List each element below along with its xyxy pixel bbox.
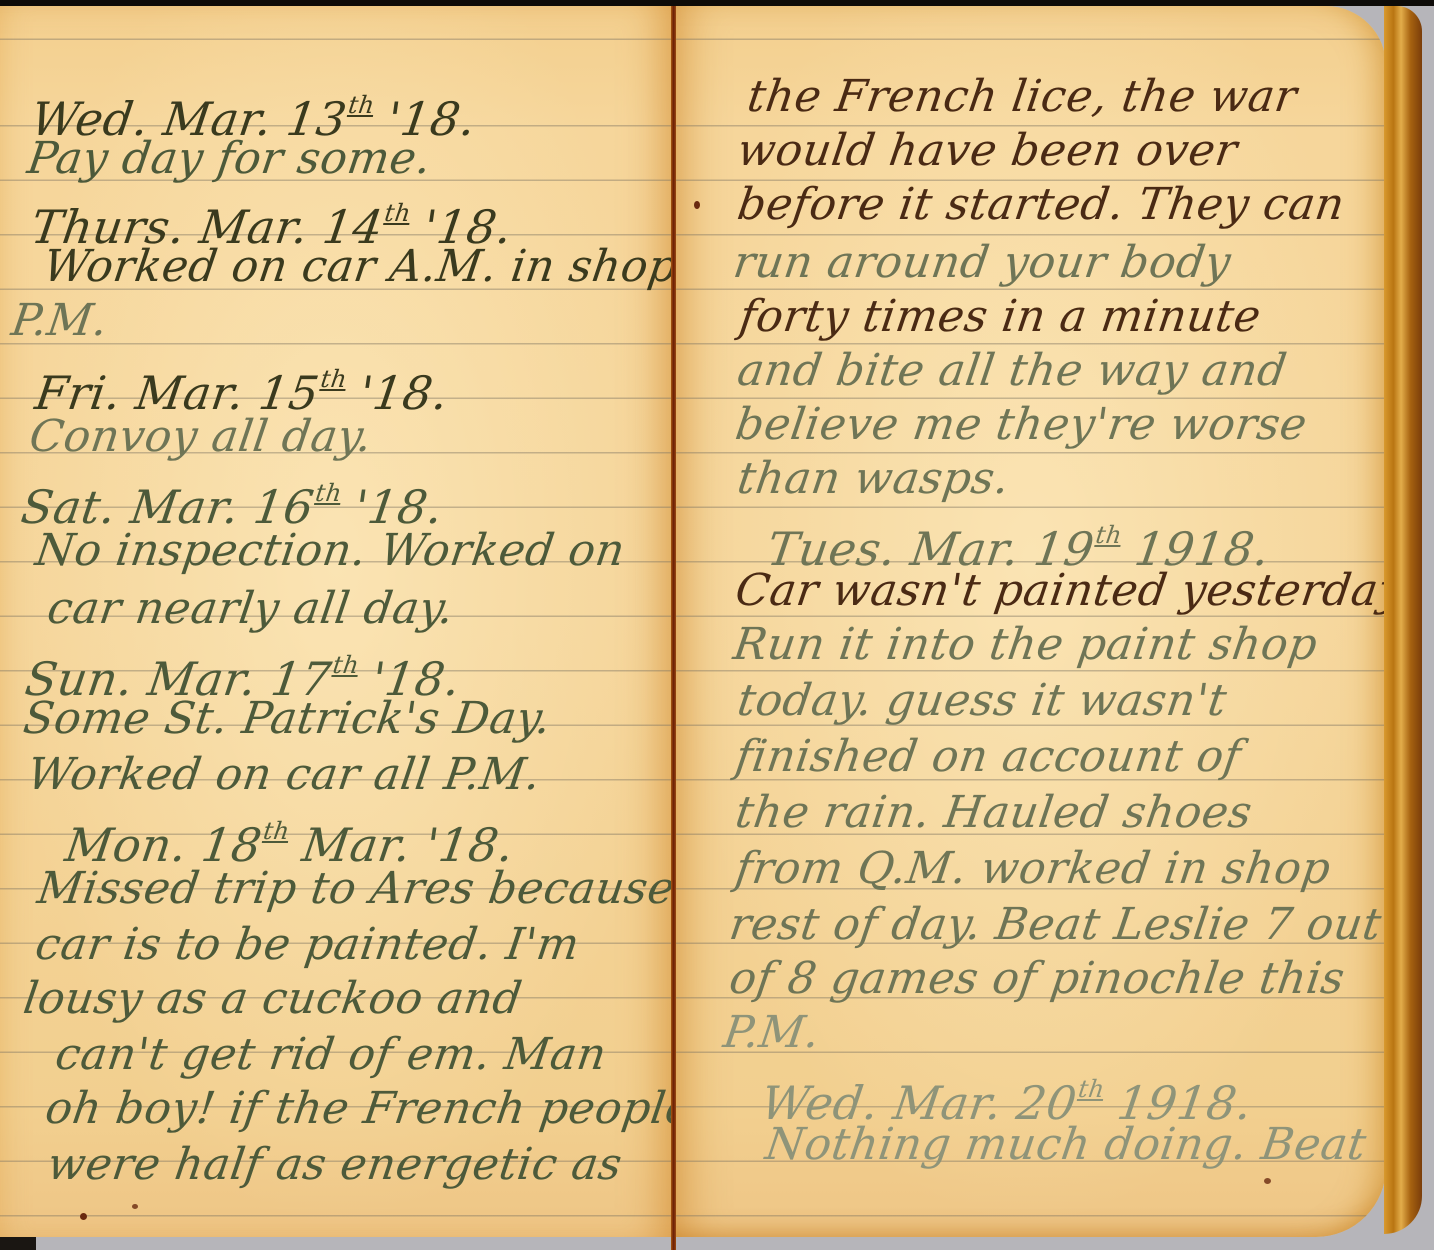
entry-line: than wasps. xyxy=(734,452,1013,506)
date-suffix: th xyxy=(314,479,344,507)
entry-line: No inspection. Worked on xyxy=(32,524,628,578)
entry-line: Pay day for some. xyxy=(24,132,435,186)
date-suffix: th xyxy=(346,91,376,119)
entry-line: car nearly all day. xyxy=(44,582,457,636)
entry-line: of 8 games of pinochle this xyxy=(726,952,1348,1006)
ink-blot xyxy=(132,1204,138,1209)
date-suffix: th xyxy=(261,817,291,845)
entry-line: Run it into the paint shop xyxy=(730,618,1321,672)
page-edges xyxy=(1384,6,1422,1234)
entry-line: before it started. They can xyxy=(734,178,1348,232)
date-suffix: th xyxy=(1076,1075,1106,1103)
entry-line: can't get rid of em. Man xyxy=(52,1028,610,1082)
entry-line: lousy as a cuckoo and xyxy=(20,972,525,1026)
entry-line: finished on account of xyxy=(732,730,1244,784)
entry-line: believe me they're worse xyxy=(732,398,1310,452)
entry-line: forty times in a minute xyxy=(736,290,1264,344)
entry-line: Nothing much doing. Beat xyxy=(762,1118,1370,1172)
entry-line: P.M. xyxy=(720,1006,823,1060)
entry-line: P.M. xyxy=(8,294,111,348)
entry-line: Convoy all day. xyxy=(26,410,376,464)
entry-line: Worked on car all P.M. xyxy=(24,748,544,802)
entry-line: Worked on car A.M. in shop xyxy=(40,240,672,294)
entry-line: car is to be painted. I'm xyxy=(32,918,583,972)
entry-line: the French lice, the war xyxy=(744,70,1300,124)
entry-line: today. guess it wasn't xyxy=(734,674,1230,728)
entry-line: from Q.M. worked in shop xyxy=(732,842,1334,896)
entry-line: and bite all the way and xyxy=(734,344,1290,398)
ink-blot xyxy=(80,1213,87,1220)
entry-line: Some St. Patrick's Day. xyxy=(20,692,554,746)
scan-corner-shadow xyxy=(0,1237,36,1250)
entry-line: the rain. Hauled shoes xyxy=(732,786,1256,840)
entry-line: were half as energetic as xyxy=(44,1138,625,1192)
entry-line: run around your body xyxy=(730,236,1234,290)
diary-scan: Wed. Mar. 13th '18. Pay day for some. Th… xyxy=(0,0,1434,1250)
ink-blot xyxy=(694,201,700,209)
left-page: Wed. Mar. 13th '18. Pay day for some. Th… xyxy=(0,6,672,1237)
entry-line: rest of day. Beat Leslie 7 out xyxy=(726,898,1385,952)
right-page: the French lice, the war would have been… xyxy=(676,6,1386,1237)
entry-line: Missed trip to Ares because xyxy=(34,862,672,916)
entry-line: oh boy! if the French people xyxy=(42,1082,672,1136)
entry-line: would have been over xyxy=(734,124,1241,178)
entry-line: Car wasn't painted yesterday. xyxy=(732,564,1386,618)
ink-blot xyxy=(1264,1178,1271,1184)
